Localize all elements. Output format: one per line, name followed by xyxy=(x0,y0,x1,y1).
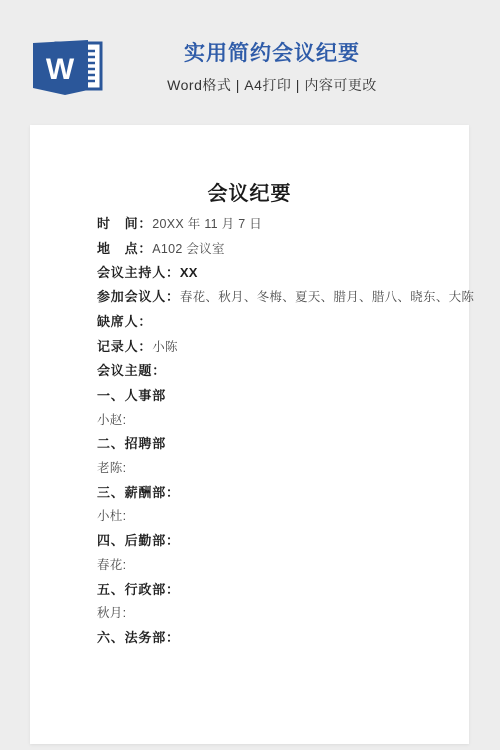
info-line-location: 地 点：A102 会议室 xyxy=(97,237,439,262)
section-heading: 二、招聘部 xyxy=(97,432,439,456)
info-label: 参加会议人： xyxy=(97,289,180,304)
section-speaker-text: 秋月: xyxy=(97,606,126,620)
header-text: 实用简约会议纪要 Word格式 | A4打印 | 内容可更改 xyxy=(44,42,500,95)
info-line-absent: 缺席人： xyxy=(97,310,439,335)
section-heading: 六、法务部： xyxy=(97,626,439,650)
info-value: A102 会议室 xyxy=(152,242,225,256)
document-body: 时 间：20XX 年 11 月 7 日 地 点：A102 会议室 会议主持人：X… xyxy=(97,212,439,650)
page-subtitle: Word格式 | A4打印 | 内容可更改 xyxy=(44,75,500,95)
info-line-recorder: 记录人：小陈 xyxy=(97,335,439,360)
info-value: 20XX 年 11 月 7 日 xyxy=(152,217,262,231)
section-speaker: 小杜: xyxy=(97,504,439,529)
section-speaker: 春花: xyxy=(97,553,439,578)
section-heading-text: 二、招聘部 xyxy=(97,436,166,451)
header: W 实用简约会议纪要 Word格式 | A4打印 | 内容可更改 xyxy=(0,0,500,125)
info-label: 记录人： xyxy=(97,339,152,354)
info-line-attendees: 参加会议人：春花、秋月、冬梅、夏天、腊月、腊八、晓东、大陈 xyxy=(97,285,439,310)
section-speaker: 秋月: xyxy=(97,601,439,626)
info-line-host: 会议主持人：XX xyxy=(97,261,439,285)
section-heading: 五、行政部： xyxy=(97,578,439,602)
section-heading-text: 四、后勤部： xyxy=(97,533,180,548)
document-page: 会议纪要 时 间：20XX 年 11 月 7 日 地 点：A102 会议室 会议… xyxy=(30,125,469,744)
section-heading-text: 一、人事部 xyxy=(97,388,166,403)
info-label: 缺席人： xyxy=(97,314,152,329)
section-heading: 四、后勤部： xyxy=(97,529,439,553)
section-speaker-text: 老陈: xyxy=(97,461,126,475)
section-speaker-text: 小赵: xyxy=(97,413,126,427)
section-heading: 一、人事部 xyxy=(97,384,439,408)
info-value: 春花、秋月、冬梅、夏天、腊月、腊八、晓东、大陈 xyxy=(180,290,474,304)
section-heading-text: 五、行政部： xyxy=(97,582,180,597)
info-line-topic: 会议主题： xyxy=(97,359,439,384)
info-label: 时 间： xyxy=(97,216,152,231)
section-heading: 三、薪酬部： xyxy=(97,481,439,505)
info-label: 会议主题： xyxy=(97,363,166,378)
section-speaker-text: 小杜: xyxy=(97,509,126,523)
section-speaker-text: 春花: xyxy=(97,558,126,572)
document-title: 会议纪要 xyxy=(30,125,469,205)
info-label: 地 点： xyxy=(97,241,152,256)
info-value: XX xyxy=(180,265,198,280)
page-title: 实用简约会议纪要 xyxy=(44,42,500,66)
info-value: 小陈 xyxy=(152,340,178,354)
info-label: 会议主持人： xyxy=(97,265,180,280)
section-speaker: 老陈: xyxy=(97,456,439,481)
info-line-time: 时 间：20XX 年 11 月 7 日 xyxy=(97,212,439,237)
section-heading-text: 六、法务部： xyxy=(97,630,180,645)
section-speaker: 小赵: xyxy=(97,408,439,433)
section-heading-text: 三、薪酬部： xyxy=(97,485,180,500)
